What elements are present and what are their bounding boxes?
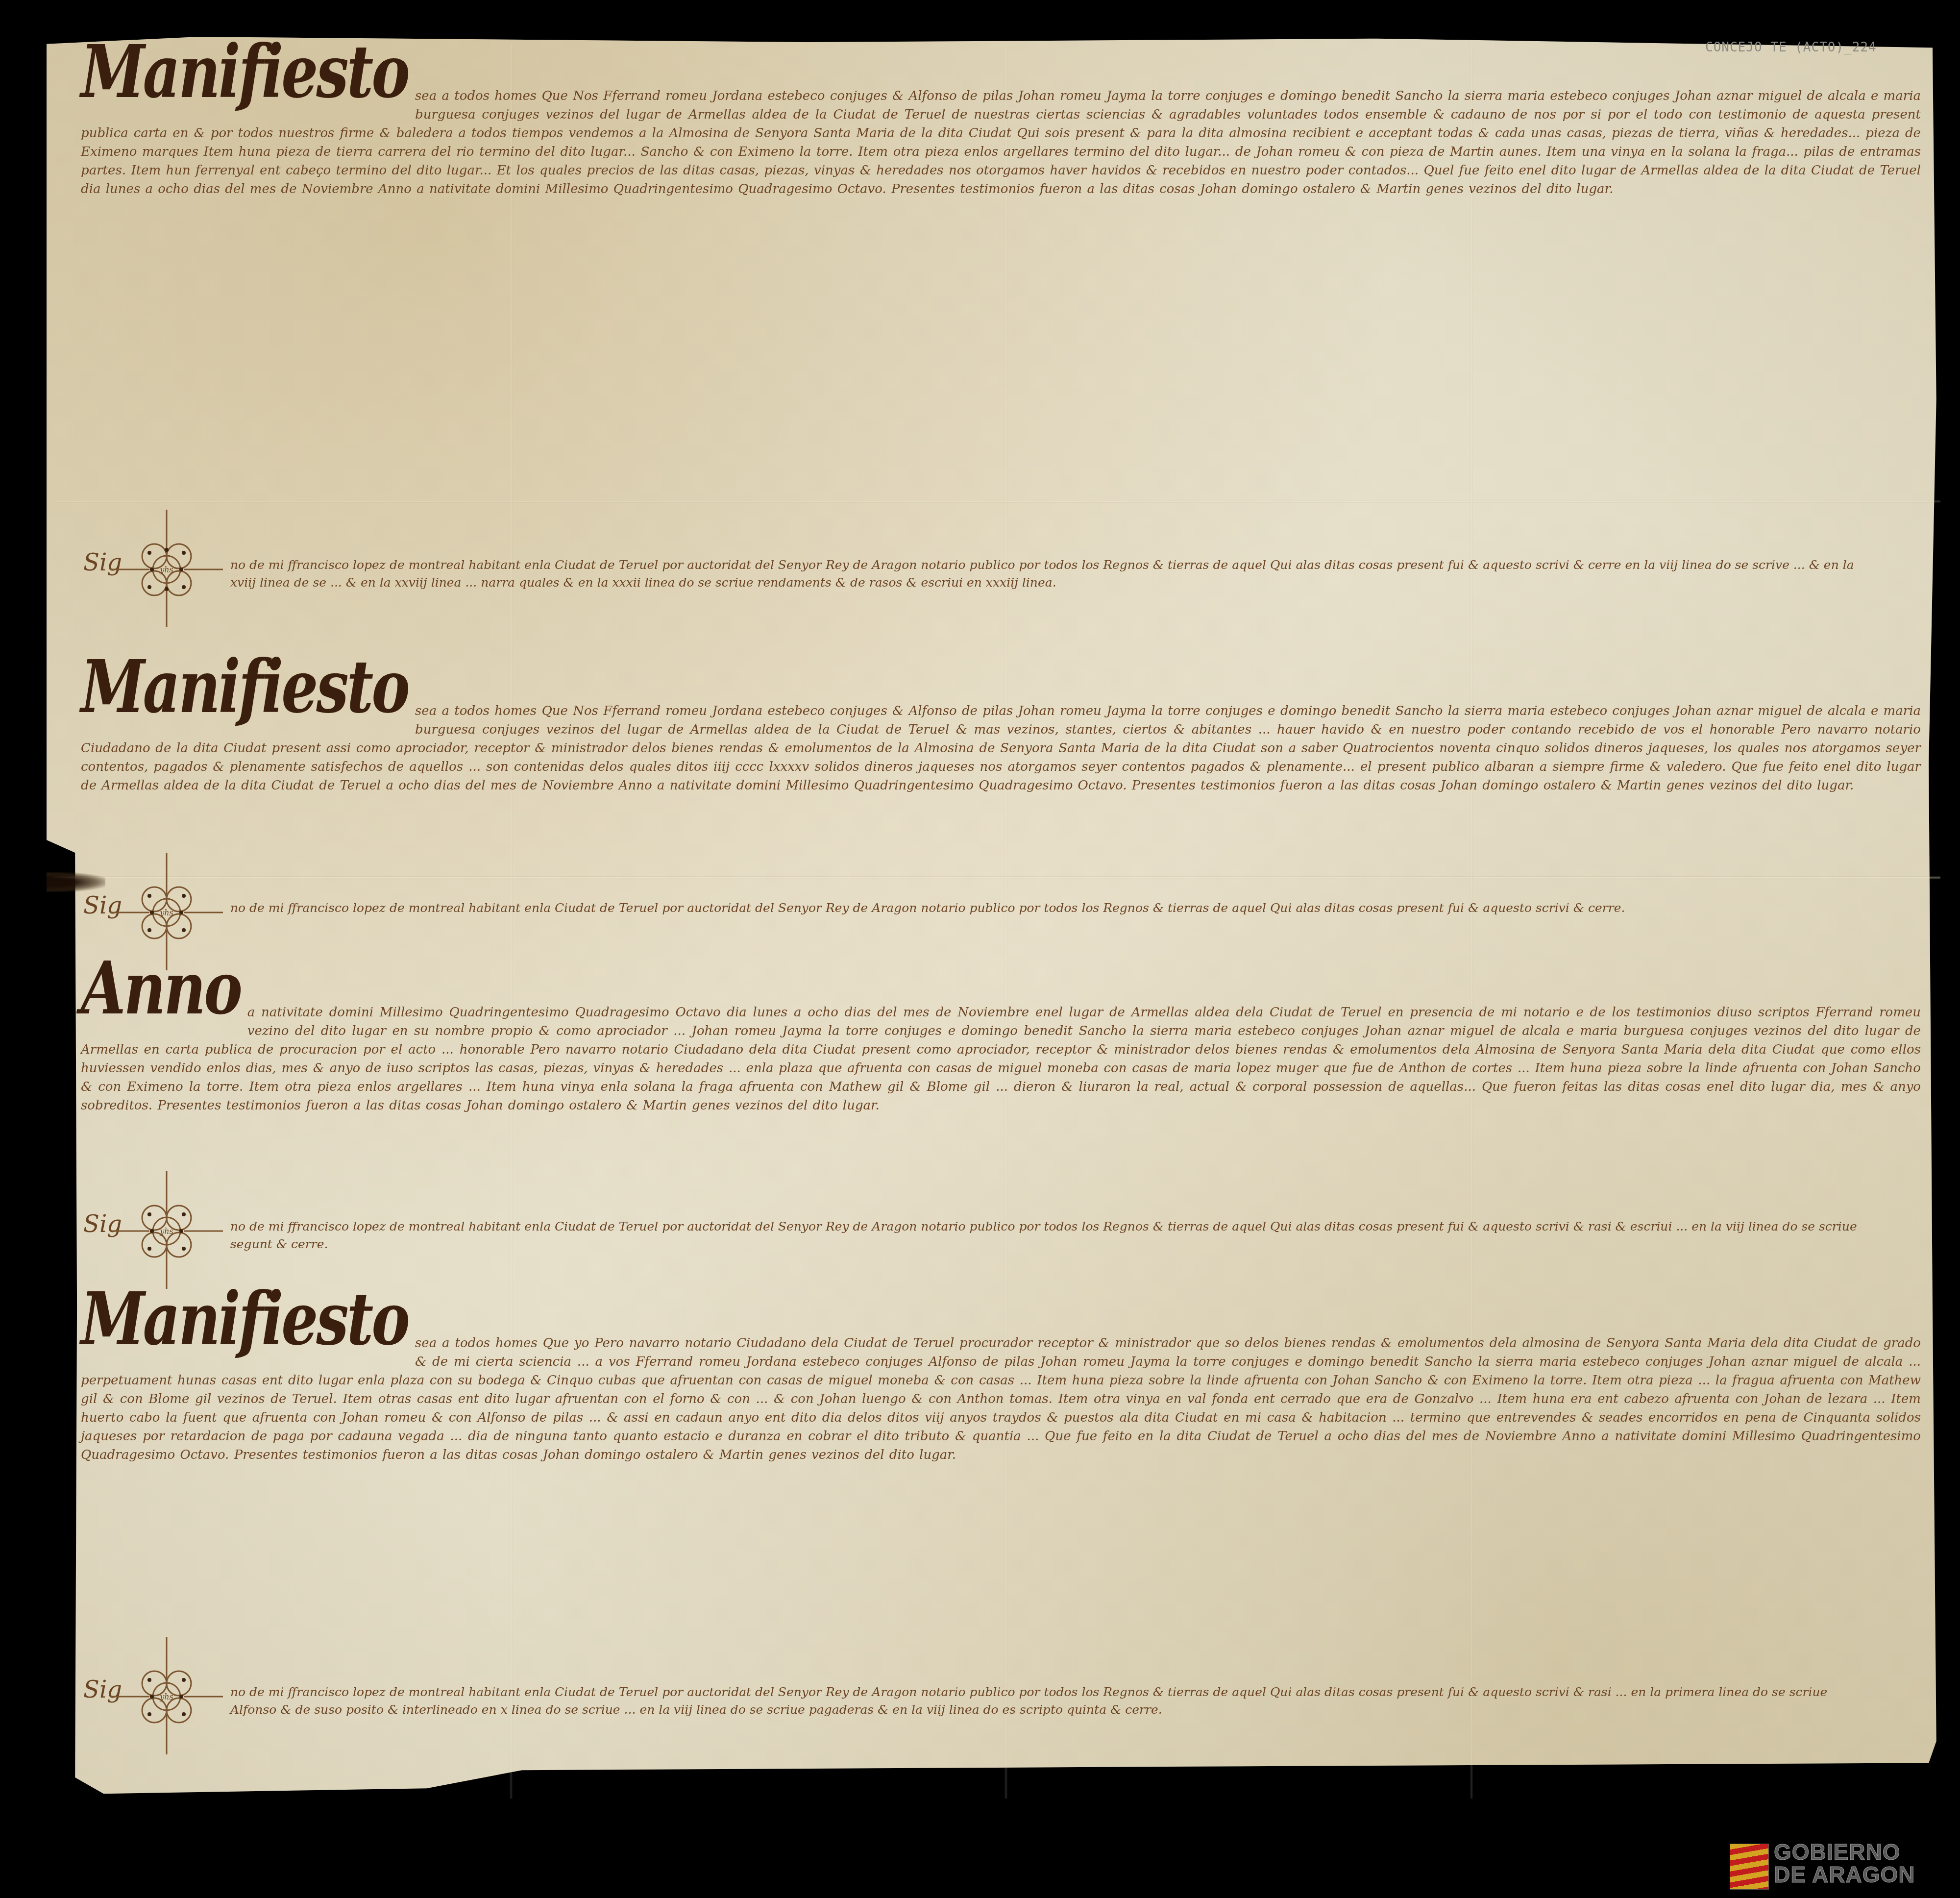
document-section-2: Manifiesto sea a todos homes Que Nos Ffe… (81, 666, 1921, 795)
svg-text:yhs: yhs (159, 908, 173, 917)
notary-sign-icon: yhs (110, 510, 223, 627)
decorated-initial: Anno (81, 954, 241, 1023)
logo-text: GOBIERNO DE ARAGON (1774, 1841, 1915, 1886)
svg-text:yhs: yhs (159, 1692, 173, 1701)
document-section-1: Manifiesto sea a todos homes Que Nos Ffe… (81, 51, 1921, 198)
notary-sign-icon: yhs (110, 1171, 223, 1289)
notary-sign-icon: yhs (110, 1637, 223, 1754)
notarial-signum-1: Sig yhs no de mi ffrancisco lopez de mon… (83, 510, 1896, 627)
notary-subscription: no de mi ffrancisco lopez de montreal ha… (230, 899, 1877, 917)
notary-subscription: no de mi ffrancisco lopez de montreal ha… (230, 556, 1877, 592)
notary-subscription: no de mi ffrancisco lopez de montreal ha… (230, 1218, 1877, 1253)
document-section-4: Manifiesto sea a todos homes Que yo Pero… (81, 1299, 1921, 1464)
notarial-signum-3: Sig yhs no de mi ffrancisco lopez de mon… (83, 1171, 1896, 1289)
document-section-3: Anno a nativitate domini Millesimo Quadr… (81, 968, 1921, 1115)
logo-line-2: DE ARAGON (1774, 1863, 1915, 1886)
logo-line-1: GOBIERNO (1774, 1841, 1915, 1863)
notarial-signum-4: Sig yhs no de mi ffrancisco lopez de mon… (83, 1637, 1896, 1754)
decorated-initial: Manifiesto (81, 1285, 408, 1354)
decorated-initial: Manifiesto (81, 38, 408, 106)
gobierno-de-aragon-logo: GOBIERNO DE ARAGON (1730, 1844, 1960, 1893)
svg-text:yhs: yhs (159, 565, 173, 574)
decorated-initial: Manifiesto (81, 653, 408, 721)
notarial-signum-2: Sig yhs no de mi ffrancisco lopez de mon… (83, 853, 1896, 970)
section-text: a nativitate domini Millesimo Quadringen… (81, 968, 1921, 1115)
fold-line (54, 500, 1940, 503)
aragon-flag-icon (1730, 1844, 1769, 1890)
notary-subscription: no de mi ffrancisco lopez de montreal ha… (230, 1683, 1877, 1719)
svg-text:yhs: yhs (159, 1227, 173, 1236)
